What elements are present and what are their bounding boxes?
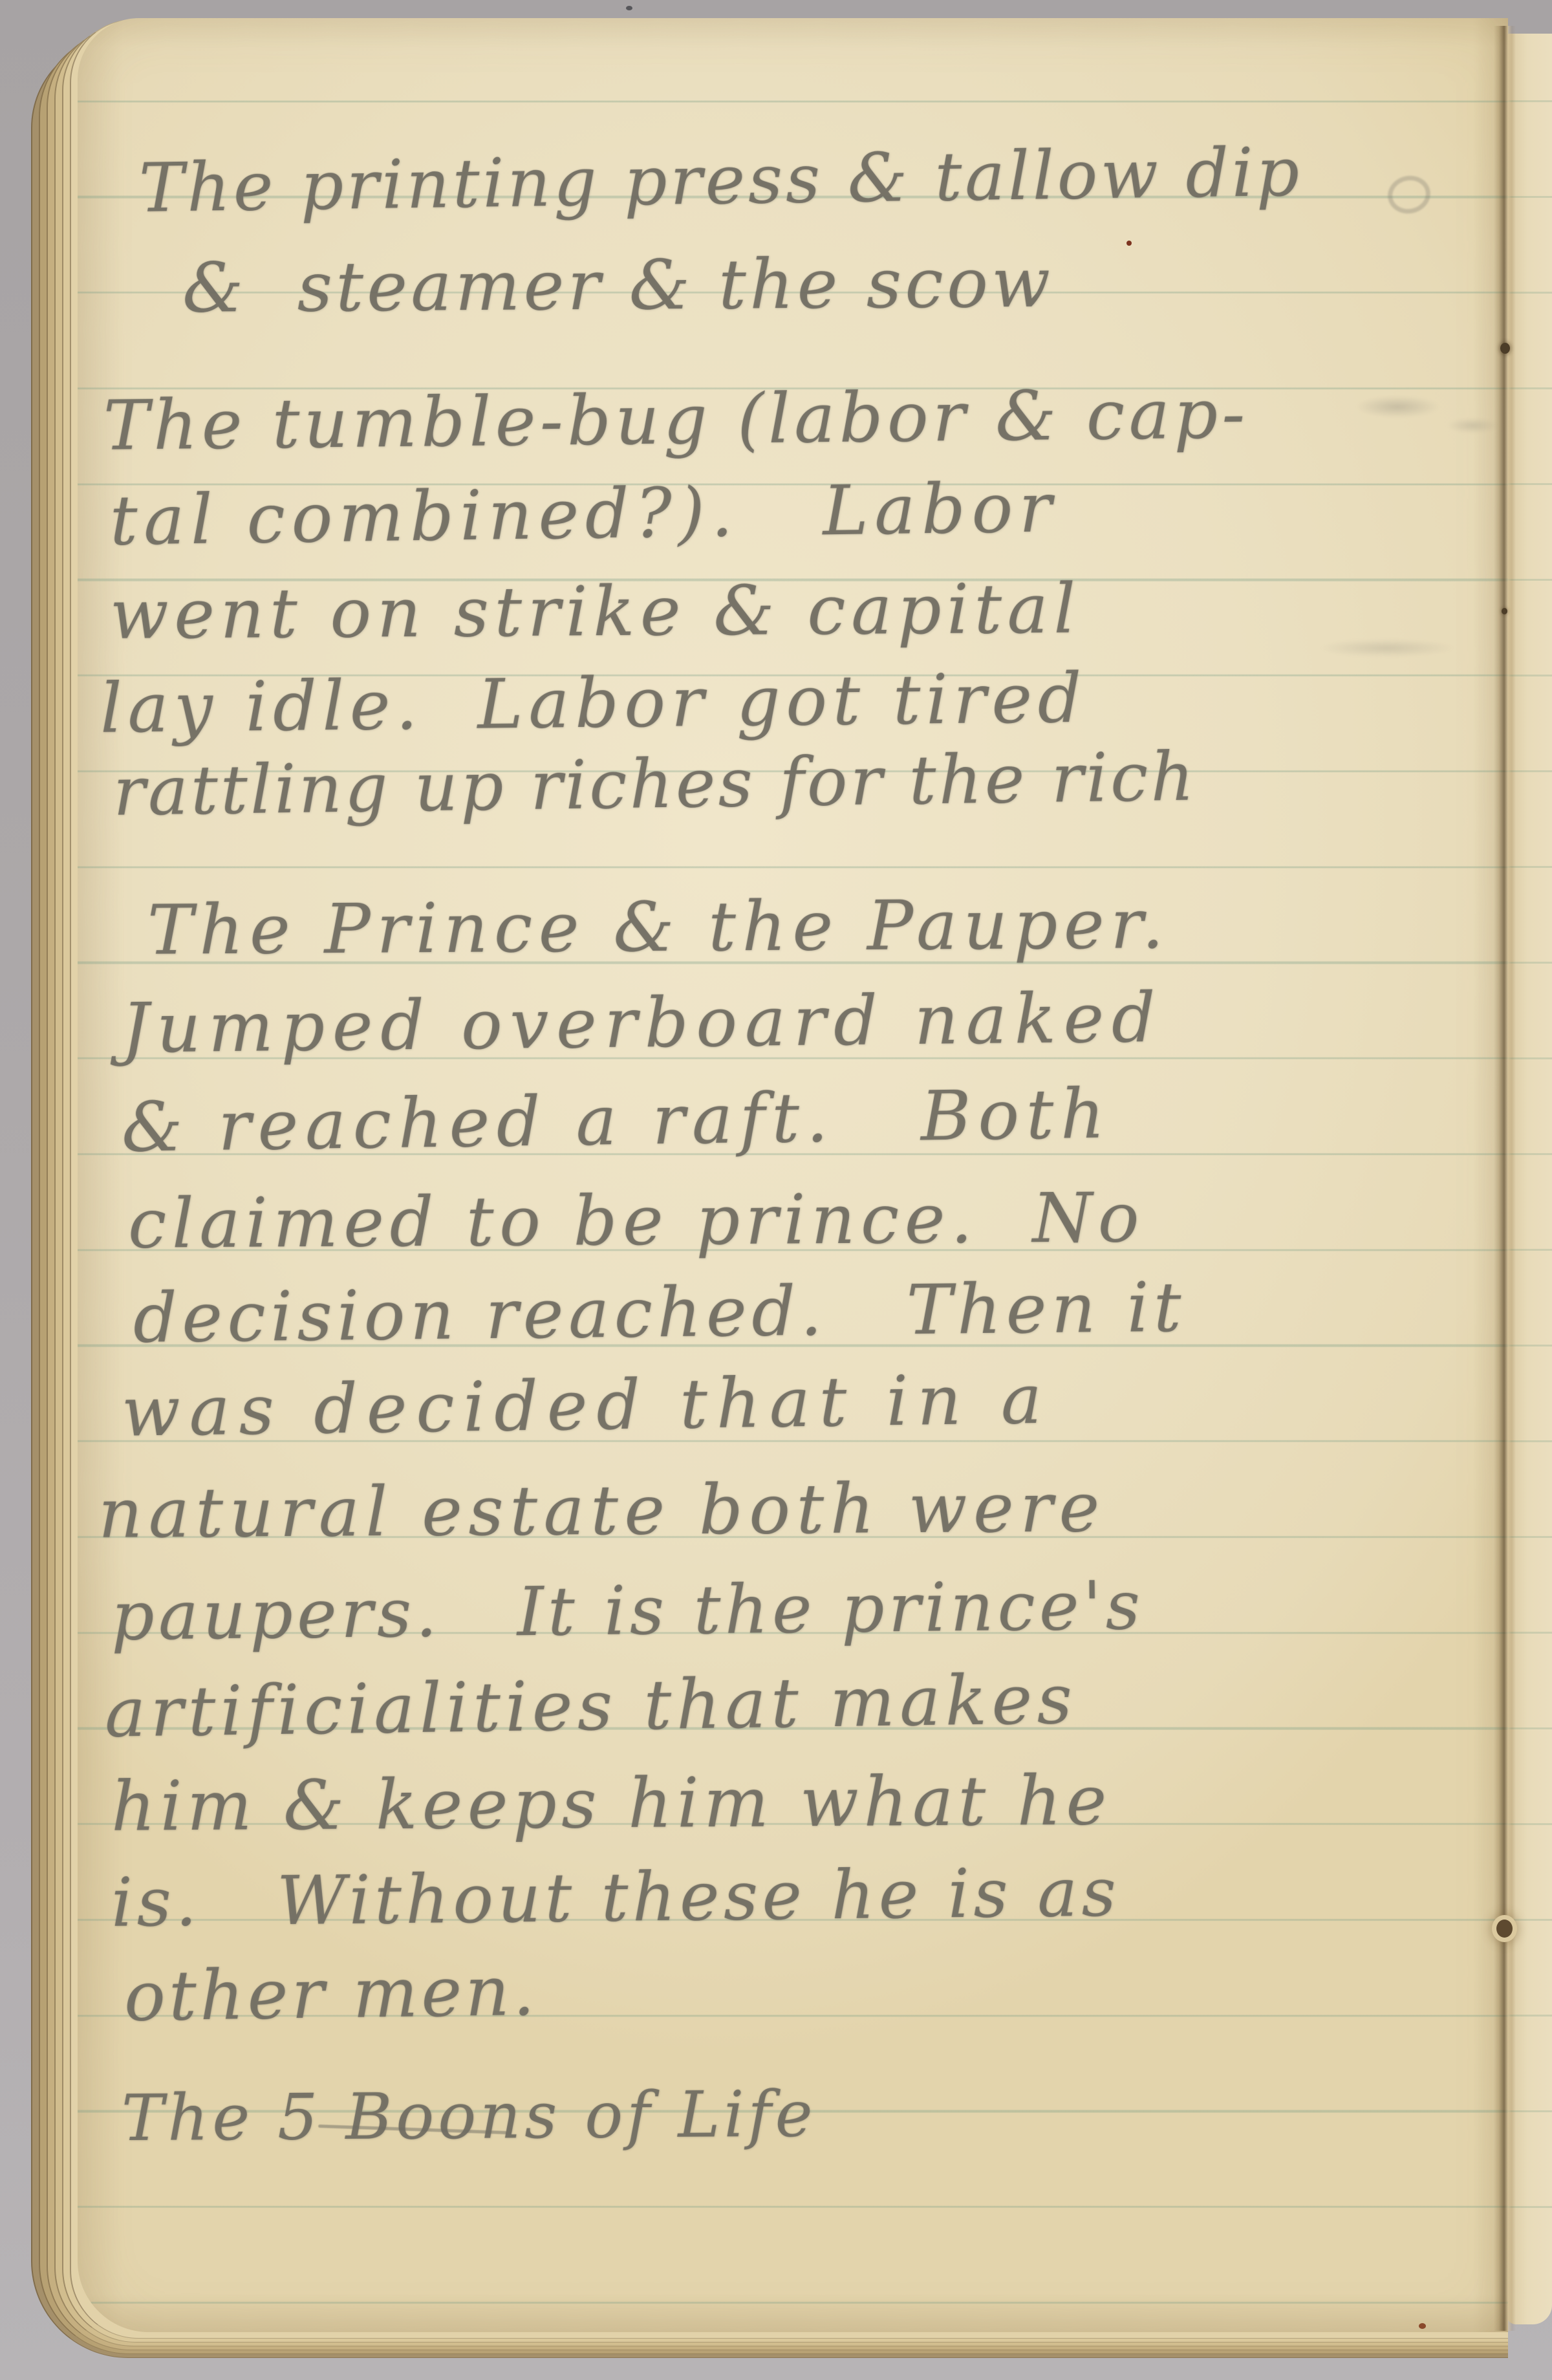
handwritten-line: went on strike & capital xyxy=(110,575,1081,649)
handwritten-line: & reached a raft. Both xyxy=(121,1079,1112,1162)
handwritten-line: tal combined?). Labor xyxy=(109,473,1058,555)
handwritten-line: artificialities that makes xyxy=(104,1665,1077,1747)
handwritten-line: & steamer & the scow xyxy=(182,249,1054,323)
handwritten-line: The tumble-bug (labor & cap- xyxy=(103,380,1249,460)
stitch-hole xyxy=(1496,1920,1513,1938)
handwritten-line: is. Without these he is as xyxy=(111,1859,1120,1936)
binding-crease xyxy=(1494,26,1516,2331)
pencil-smudge xyxy=(1319,639,1455,657)
stitch-hole xyxy=(1502,608,1507,614)
stitch-hole xyxy=(1500,343,1510,354)
handwritten-line: Jumped overboard naked xyxy=(121,984,1163,1063)
handwritten-line: natural estate both were xyxy=(98,1473,1106,1548)
handwritten-line: lay idle. Labor got tired xyxy=(100,664,1087,743)
handwritten-line: decision reached. Then it xyxy=(133,1273,1186,1353)
paper-speck xyxy=(1126,241,1132,246)
dust-speck xyxy=(626,6,632,10)
handwritten-line: him & keeps him what he xyxy=(111,1766,1112,1841)
handwritten-line: paupers. It is the prince's xyxy=(111,1572,1144,1650)
handwritten-line: was decided that in a xyxy=(121,1365,1051,1447)
handwritten-line: The 5 Boons of Life xyxy=(122,2083,817,2151)
pencil-smudge xyxy=(1447,418,1498,433)
paper-speck xyxy=(1419,2323,1426,2329)
handwritten-line: rattling up riches for the rich xyxy=(113,742,1197,825)
handwritten-line: The Prince & the Pauper. xyxy=(147,890,1170,965)
handwritten-line: other men. xyxy=(124,1957,538,2031)
handwritten-line: The printing press & tallow dip xyxy=(138,138,1302,222)
pencil-smudge xyxy=(1355,396,1439,418)
handwritten-line: claimed to be prince. No xyxy=(128,1184,1145,1259)
